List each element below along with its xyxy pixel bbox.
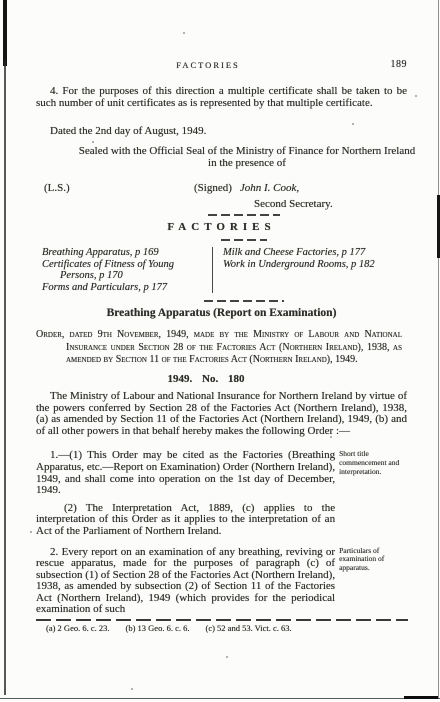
index-item: Work in Underground Rooms, p 182 [223,259,407,271]
running-title: FACTORIES [36,60,380,70]
index-column-right: Milk and Cheese Factories, p 177 Work in… [212,247,407,293]
sealed-paragraph: Sealed with the Official Seal of the Min… [74,146,420,169]
order-heading: Breathing Apparatus (Report on Examinati… [36,307,407,319]
article-2: 2. Every report on an examination of any… [36,547,407,617]
signed-label: (Signed) [194,182,232,194]
seal-mark: (L.S.) [44,182,70,194]
index-item: Certificates of Fitness of Young Persons… [42,259,212,282]
page-number: 189 [391,59,408,70]
direction-paragraph: 4. For the purposes of this direction a … [36,86,407,109]
contents-index: Breathing Apparatus, p 169 Certificates … [36,247,407,293]
article-text: 1.—(1) This Order may be cited as the Fa… [36,450,335,496]
article-1: 1.—(1) This Order may be cited as the Fa… [36,450,407,496]
footnote: (a) 2 Geo. 6. c. 23. [46,623,110,633]
scanned-document-page: FACTORIES 189 4. For the purposes of thi… [0,0,440,702]
article-1-sub-2: (2) The Interpretation Act, 1889, (c) ap… [36,503,407,538]
index-item: Milk and Cheese Factories, p 177 [223,247,407,259]
footnote: (b) 13 Geo. 6. c. 6. [126,623,190,633]
order-number-line: 1949. No. 180 [36,373,376,385]
dated-line: Dated the 2nd day of August, 1949. [36,125,407,137]
divider-rule [221,239,267,241]
divider-rule [204,300,284,302]
footnote-rule [36,619,408,621]
signed-group: (Signed)John I. Cook, [194,182,299,194]
signatory-name: John I. Cook, [240,182,299,194]
article-text: (2) The Interpretation Act, 1889, (c) ap… [36,503,335,538]
signature-row: (L.S.) (Signed)John I. Cook, [36,182,407,194]
article-text: 2. Every report on an examination of any… [36,547,335,617]
index-item: Forms and Particulars, p 177 [42,282,212,294]
divider-rule [208,214,280,216]
index-item: Breathing Apparatus, p 169 [42,247,212,259]
section-title: FACTORIES [36,221,407,233]
order-preamble: Order, dated 9th November, 1949, made by… [36,329,402,366]
index-column-left: Breathing Apparatus, p 169 Certificates … [36,247,212,293]
article-sidenote: Particulars of examination of apparatus. [339,547,407,573]
page-content: FACTORIES 189 4. For the purposes of thi… [0,0,440,702]
footnotes: (a) 2 Geo. 6. c. 23. (b) 13 Geo. 6. c. 6… [46,623,407,633]
page-header: FACTORIES 189 [36,60,407,72]
order-intro-paragraph: The Ministry of Labour and National Insu… [36,391,407,437]
footnote: (c) 52 and 53. Vict. c. 63. [205,623,291,633]
signatory-title: Second Secretary. [254,198,407,210]
article-sidenote: Short title commencement and interpretat… [339,450,407,476]
